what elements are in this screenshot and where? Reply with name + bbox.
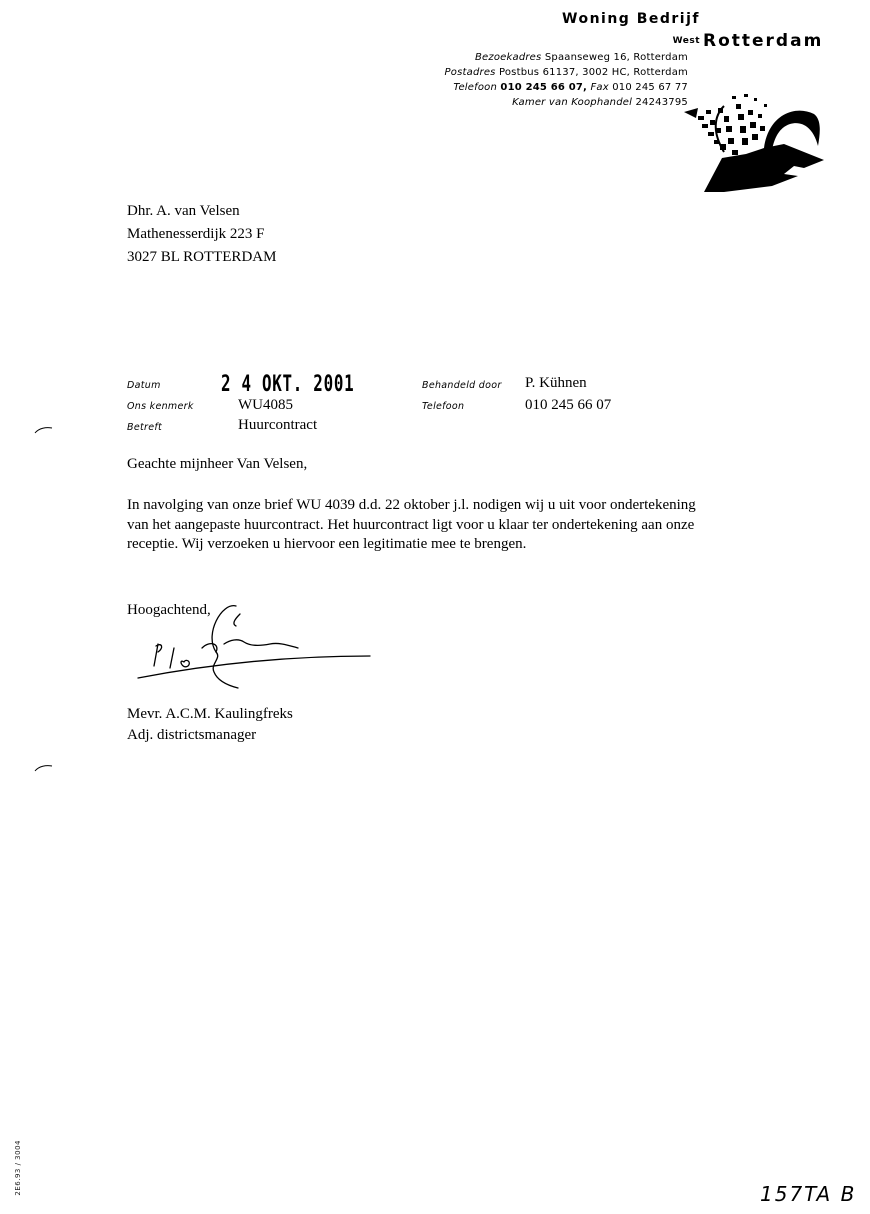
date-stamp: 2 4 OKT. 2001 bbox=[221, 372, 354, 397]
chamber-of-commerce: Kamer van Koophandel 24243795 bbox=[512, 97, 688, 108]
signer-title: Adj. districtsmanager bbox=[127, 727, 256, 744]
postal-address-value: Postbus 61137, 3002 HC, Rotterdam bbox=[499, 67, 688, 78]
contact-phone-label: Telefoon bbox=[422, 401, 464, 412]
chamber-label: Kamer van Koophandel bbox=[512, 97, 632, 108]
subject-value: Huurcontract bbox=[238, 417, 317, 434]
contact-phone-value: 010 245 66 07 bbox=[525, 397, 611, 414]
chamber-number: 24243795 bbox=[636, 97, 689, 108]
side-margin-code: 2E6.93 / 3004 bbox=[14, 1140, 22, 1196]
handwritten-code: 157TA B bbox=[760, 1182, 856, 1206]
recipient-street: Mathenesserdijk 223 F bbox=[127, 226, 264, 243]
shell-hand-logo-icon bbox=[684, 86, 824, 192]
punch-mark-top bbox=[34, 426, 56, 434]
postal-address: Postadres Postbus 61137, 3002 HC, Rotter… bbox=[445, 67, 688, 78]
postal-address-label: Postadres bbox=[445, 67, 496, 78]
contact-numbers: Telefoon 010 245 66 07, Fax 010 245 67 7… bbox=[453, 82, 688, 93]
recipient-name: Dhr. A. van Velsen bbox=[127, 203, 240, 220]
phone-label: Telefoon bbox=[453, 82, 497, 93]
reference-value: WU4085 bbox=[238, 397, 293, 414]
punch-mark-bottom bbox=[34, 764, 56, 772]
handled-by-value: P. Kühnen bbox=[525, 375, 587, 392]
visit-address: Bezoekadres Spaanseweg 16, Rotterdam bbox=[475, 52, 688, 63]
fax-value: 010 245 67 77 bbox=[612, 82, 688, 93]
salutation: Geachte mijnheer Van Velsen, bbox=[127, 456, 307, 473]
recipient-postal-city: 3027 BL ROTTERDAM bbox=[127, 249, 276, 266]
subject-label: Betreft bbox=[127, 422, 162, 433]
reference-label: Ons kenmerk bbox=[127, 401, 194, 412]
date-label: Datum bbox=[127, 380, 161, 391]
company-city: Rotterdam bbox=[703, 31, 823, 51]
visit-address-label: Bezoekadres bbox=[475, 52, 541, 63]
handled-by-label: Behandeld door bbox=[422, 380, 502, 391]
company-district: West bbox=[673, 36, 700, 46]
visit-address-value: Spaanseweg 16, Rotterdam bbox=[545, 52, 688, 63]
handwritten-signature bbox=[130, 600, 380, 695]
company-name: Woning Bedrijf bbox=[562, 11, 700, 27]
letter-body: In navolging van onze brief WU 4039 d.d.… bbox=[127, 496, 707, 555]
phone-value: 010 245 66 07, bbox=[500, 82, 587, 93]
signer-name: Mevr. A.C.M. Kaulingfreks bbox=[127, 706, 293, 723]
fax-label: Fax bbox=[590, 82, 608, 93]
